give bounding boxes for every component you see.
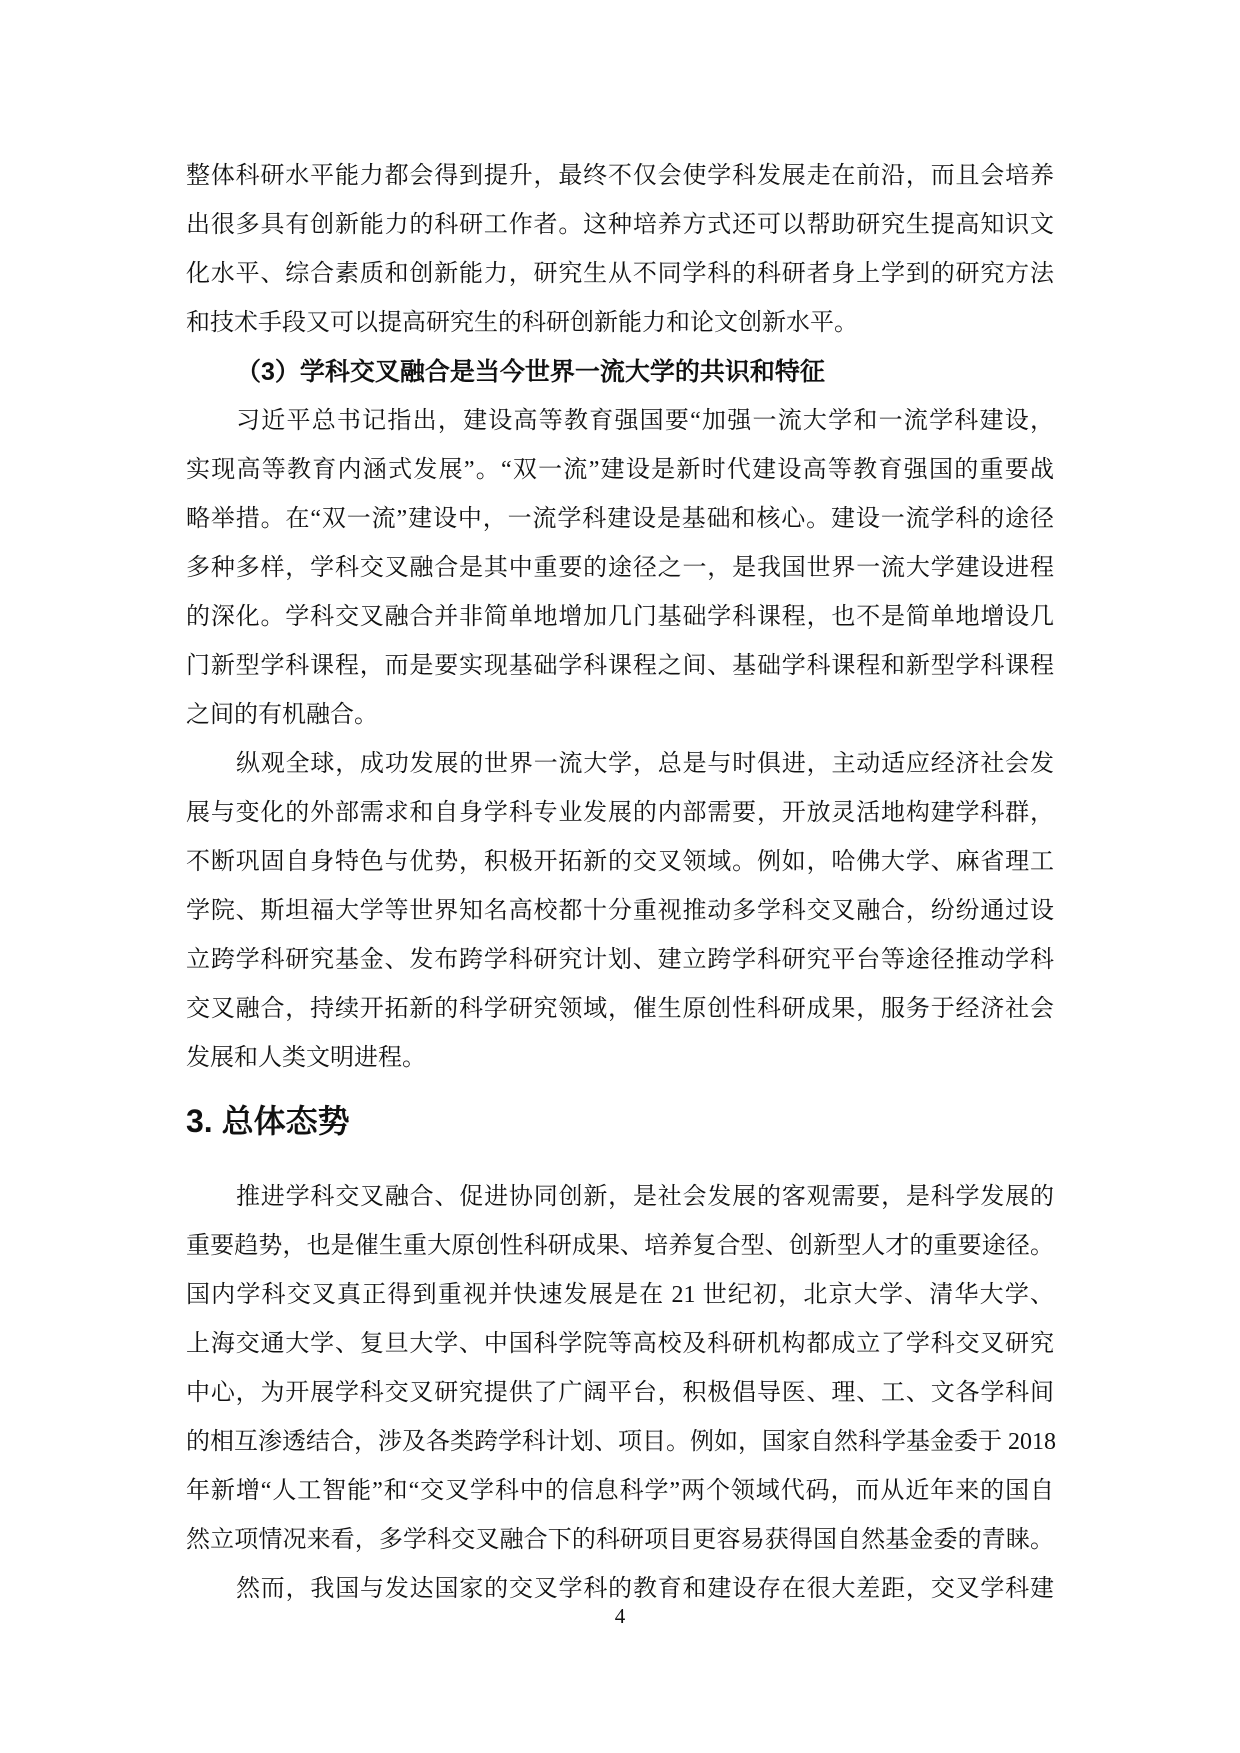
text-line: 学院、斯坦福大学等世界知名高校都十分重视推动多学科交叉融合，纷纷通过设 — [186, 887, 1054, 936]
text-line: 然立项情况来看，多学科交叉融合下的科研项目更容易获得国自然基金委的青睐。 — [186, 1516, 1054, 1565]
text-line: 门新型学科课程，而是要实现基础学科课程之间、基础学科课程和新型学科课程 — [186, 642, 1054, 691]
text-line: 和技术手段又可以提高研究生的科研创新能力和论文创新水平。 — [186, 299, 1054, 348]
text-line: 实现高等教育内涵式发展”。“双一流”建设是新时代建设高等教育强国的重要战 — [186, 446, 1054, 495]
paragraph: 整体科研水平能力都会得到提升，最终不仅会使学科发展走在前沿，而且会培养 出很多具… — [186, 152, 1054, 348]
text-line: 之间的有机融合。 — [186, 691, 1054, 740]
text-line: 推进学科交叉融合、促进协同创新，是社会发展的客观需要，是科学发展的 — [186, 1173, 1054, 1222]
text-line: 交叉融合，持续开拓新的科学研究领域，催生原创性科研成果，服务于经济社会 — [186, 985, 1054, 1034]
text-line: 立跨学科研究基金、发布跨学科研究计划、建立跨学科研究平台等途径推动学科 — [186, 936, 1054, 985]
document-body: 整体科研水平能力都会得到提升，最终不仅会使学科发展走在前沿，而且会培养 出很多具… — [186, 152, 1054, 1614]
text-line: 出很多具有创新能力的科研工作者。这种培养方式还可以帮助研究生提高知识文 — [186, 201, 1054, 250]
paragraph: 习近平总书记指出，建设高等教育强国要“加强一流大学和一流学科建设， 实现高等教育… — [186, 397, 1054, 740]
text-line: 化水平、综合素质和创新能力，研究生从不同学科的科研者身上学到的研究方法 — [186, 250, 1054, 299]
text-line: 不断巩固自身特色与优势，积极开拓新的交叉领域。例如，哈佛大学、麻省理工 — [186, 838, 1054, 887]
text-line: 的相互渗透结合，涉及各类跨学科计划、项目。例如，国家自然科学基金委于 2018 — [186, 1418, 1054, 1467]
page-number: 4 — [615, 1604, 626, 1628]
page-number-footer: 4 — [0, 1604, 1240, 1629]
text-line: 整体科研水平能力都会得到提升，最终不仅会使学科发展走在前沿，而且会培养 — [186, 152, 1054, 201]
text-line: 发展和人类文明进程。 — [186, 1034, 1054, 1083]
section-heading: 3. 总体态势 — [186, 1099, 1054, 1143]
text-line: 国内学科交叉真正得到重视并快速发展是在 21 世纪初，北京大学、清华大学、 — [186, 1271, 1054, 1320]
subsection-heading: （3）学科交叉融合是当今世界一流大学的共识和特征 — [186, 348, 1054, 397]
text-line: 的深化。学科交叉融合并非简单地增加几门基础学科课程，也不是简单地增设几 — [186, 593, 1054, 642]
text-line: 年新增“人工智能”和“交叉学科中的信息科学”两个领域代码，而从近年来的国自 — [186, 1467, 1054, 1516]
text-line: 纵观全球，成功发展的世界一流大学，总是与时俱进，主动适应经济社会发 — [186, 740, 1054, 789]
text-line: 中心，为开展学科交叉研究提供了广阔平台，积极倡导医、理、工、文各学科间 — [186, 1369, 1054, 1418]
text-line: 展与变化的外部需求和自身学科专业发展的内部需要，开放灵活地构建学科群， — [186, 789, 1054, 838]
paragraph: 纵观全球，成功发展的世界一流大学，总是与时俱进，主动适应经济社会发 展与变化的外… — [186, 740, 1054, 1083]
paragraph: 推进学科交叉融合、促进协同创新，是社会发展的客观需要，是科学发展的 重要趋势，也… — [186, 1173, 1054, 1565]
text-line: 多种多样，学科交叉融合是其中重要的途径之一，是我国世界一流大学建设进程 — [186, 544, 1054, 593]
text-line: 习近平总书记指出，建设高等教育强国要“加强一流大学和一流学科建设， — [186, 397, 1054, 446]
document-page: 整体科研水平能力都会得到提升，最终不仅会使学科发展走在前沿，而且会培养 出很多具… — [0, 0, 1240, 1753]
text-line: 略举措。在“双一流”建设中，一流学科建设是基础和核心。建设一流学科的途径 — [186, 495, 1054, 544]
text-line: 重要趋势，也是催生重大原创性科研成果、培养复合型、创新型人才的重要途径。 — [186, 1222, 1054, 1271]
text-line: 上海交通大学、复旦大学、中国科学院等高校及科研机构都成立了学科交叉研究 — [186, 1320, 1054, 1369]
